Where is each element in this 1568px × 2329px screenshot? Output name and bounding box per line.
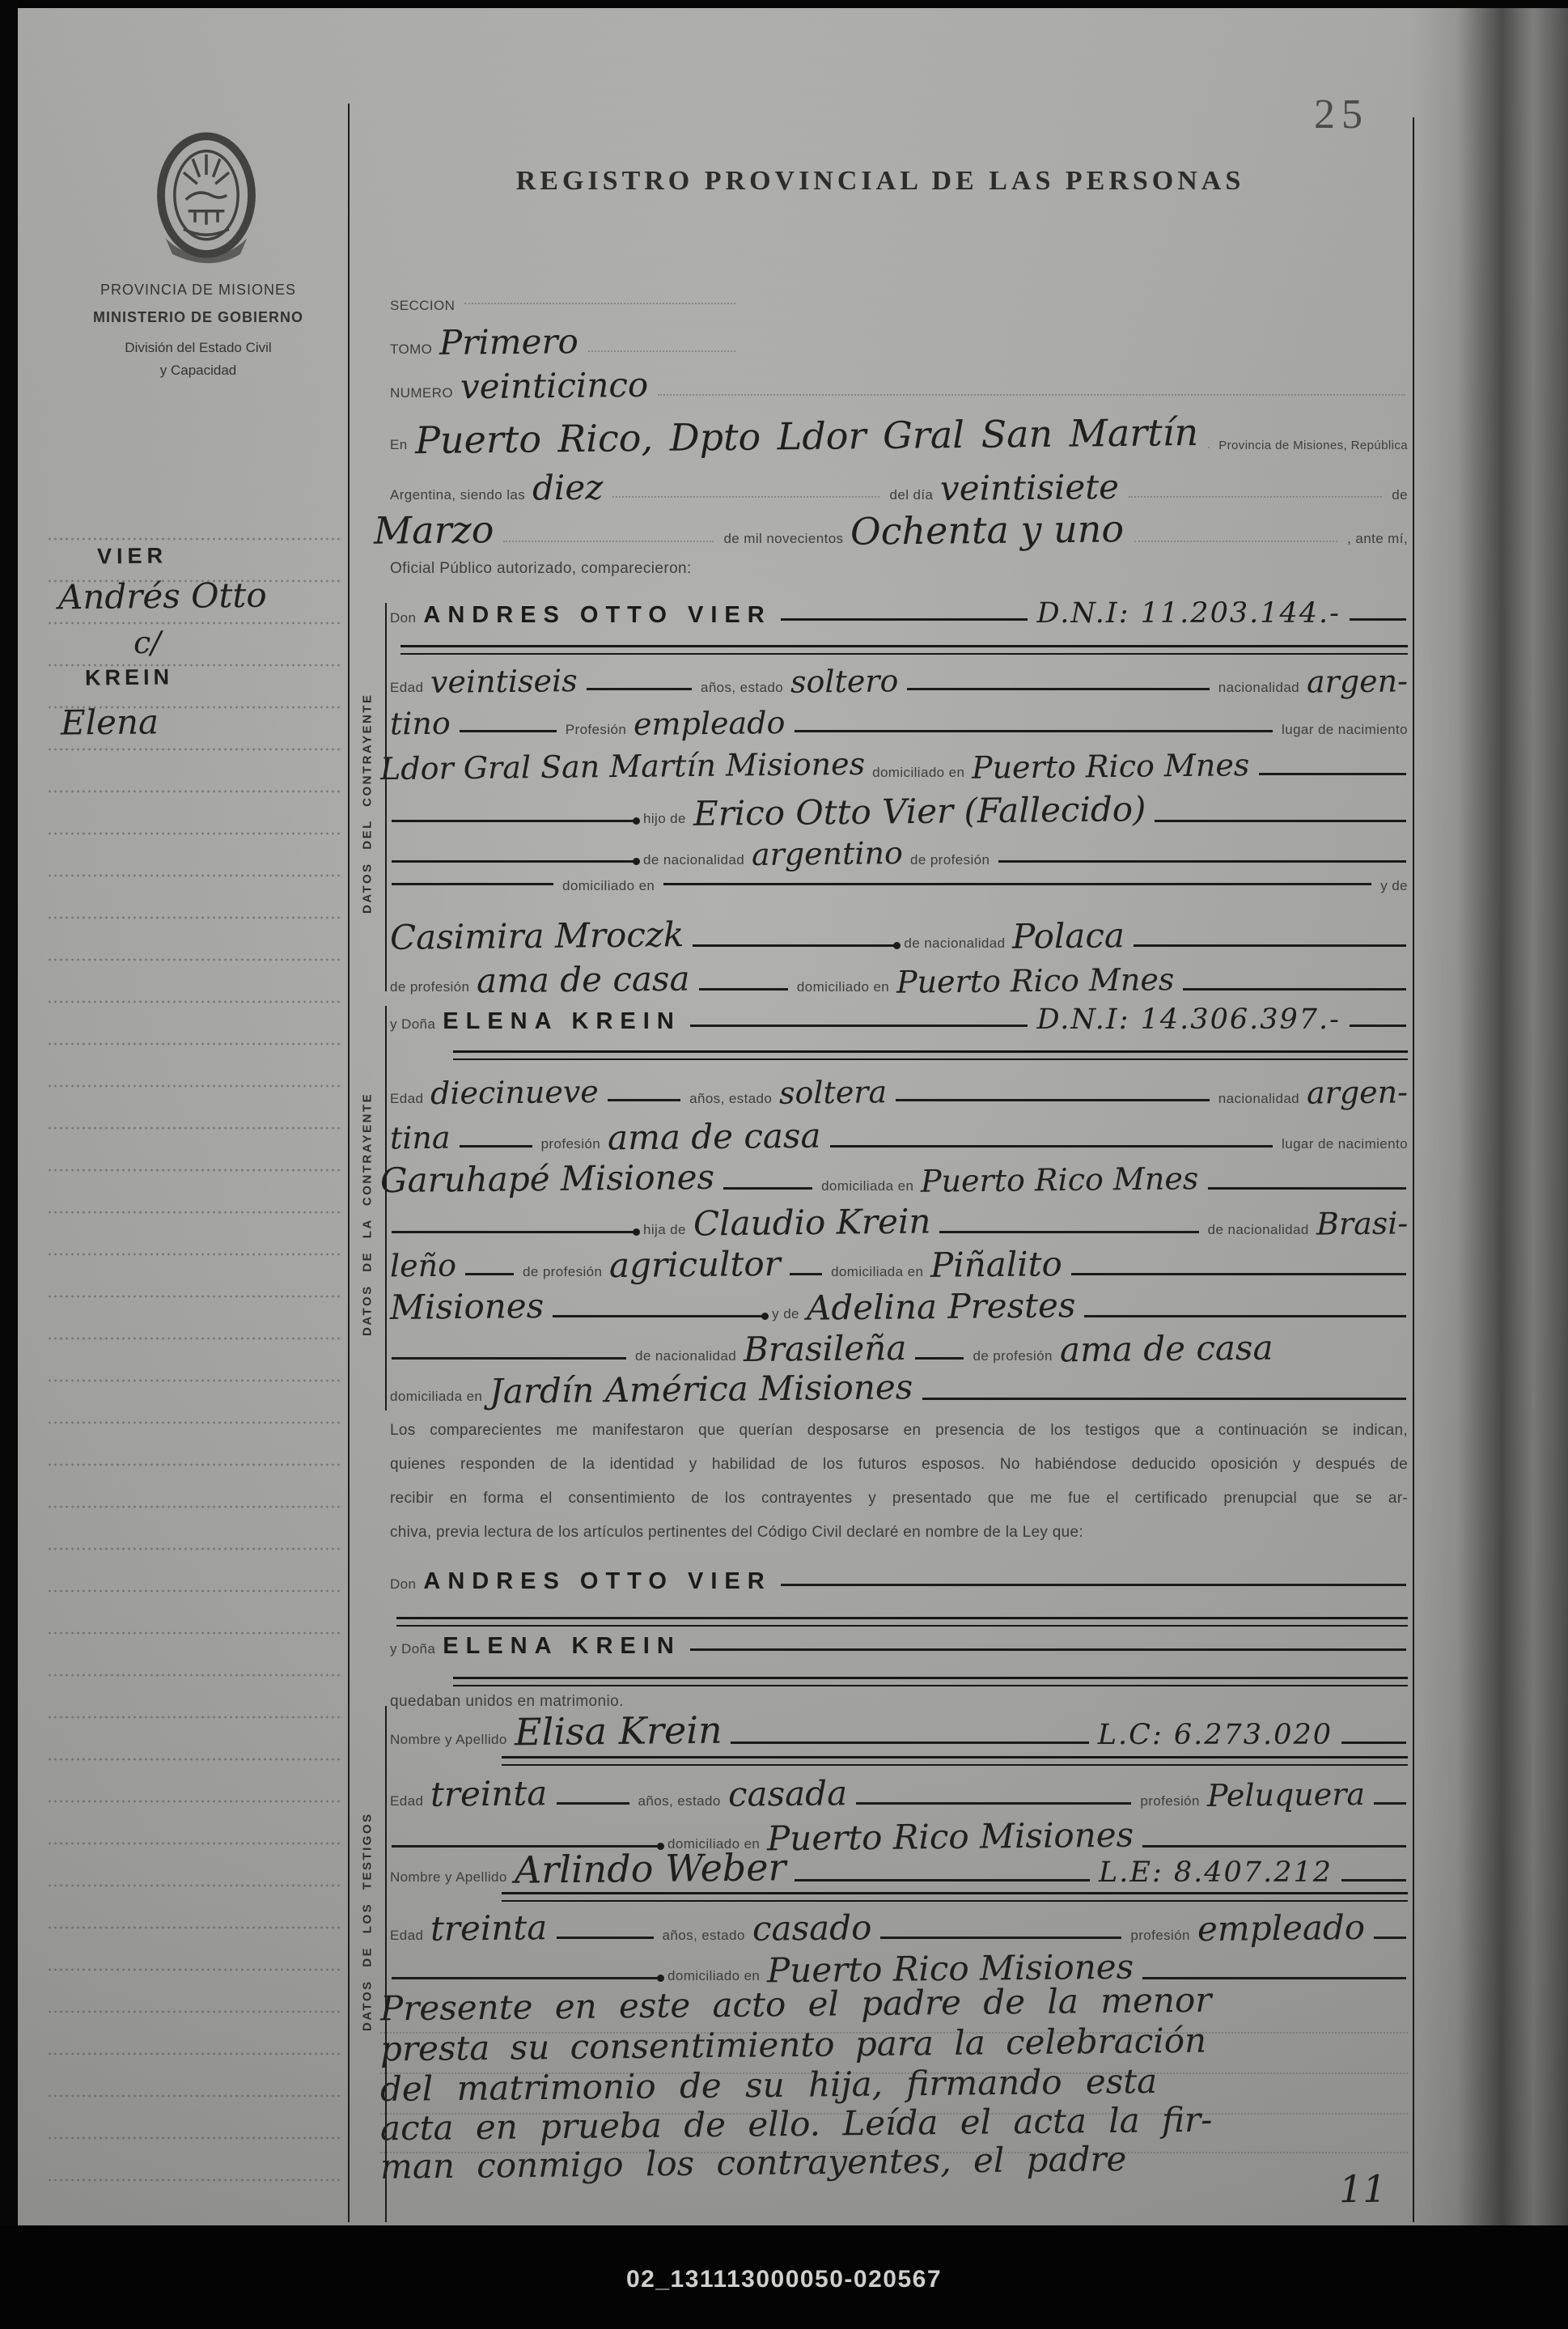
bride-section-line bbox=[385, 1006, 387, 1411]
scanned-marriage-record: 25 REGISTRO PROVINCIAL DE LAS PERSONAS P… bbox=[0, 0, 1568, 2329]
groom-estado: soltero bbox=[790, 663, 899, 699]
groom-name: ANDRES OTTO VIER bbox=[423, 602, 771, 629]
ink-line bbox=[896, 1099, 1209, 1101]
case-groom-surname: VIER bbox=[97, 544, 167, 570]
groom-madre-nac: Polaca bbox=[1012, 915, 1125, 956]
seccion-row: SECCION bbox=[390, 298, 738, 314]
groom-madre-dom: Puerto Rico Mnes bbox=[896, 961, 1175, 1000]
groom-madre: Casimira Mroczk bbox=[390, 914, 684, 957]
ink-line bbox=[1259, 773, 1406, 775]
tomo-label: TOMO bbox=[390, 342, 432, 358]
edad-label: Edad bbox=[390, 1928, 423, 1944]
bride-madre: Adelina Prestes bbox=[807, 1285, 1076, 1327]
witness1-prof: Peluquera bbox=[1207, 1776, 1366, 1814]
dotted-fill-line bbox=[612, 496, 879, 498]
oficial-row: Oficial Público autorizado, compareciero… bbox=[390, 560, 1408, 578]
edad-label: Edad bbox=[390, 1091, 423, 1107]
dotted-fill-line bbox=[1208, 447, 1210, 448]
groom-father-nationality-row: de nacionalidad argentino de profesión bbox=[390, 836, 1408, 872]
witness2-age-row: Edad treinta años, estado casado profesi… bbox=[390, 1908, 1408, 1948]
domicilio-label: domiciliado en bbox=[872, 765, 964, 781]
ink-line bbox=[1071, 1273, 1406, 1275]
bride-name-row: y Doña ELENA KREIN D.N.I: 14.306.397.- bbox=[390, 1003, 1408, 1036]
ink-line bbox=[693, 944, 895, 947]
witness2-dom-row: domiciliado en Puerto Rico Misiones bbox=[390, 1949, 1408, 1988]
bride-section-label: DATOS DE LA CONTRAYENTE bbox=[350, 1040, 384, 1388]
ink-line bbox=[587, 688, 692, 690]
bride-profession-row: tina profesión ama de casa lugar de naci… bbox=[390, 1117, 1408, 1156]
dotted-fill-line bbox=[1134, 541, 1338, 542]
edad-label: Edad bbox=[390, 680, 423, 696]
ink-line bbox=[663, 883, 1371, 885]
witness2-name-row: Nombre y Apellido Arlindo Weber L.E: 8.4… bbox=[390, 1847, 1408, 1890]
groom-mother-prof-row: de profesión ama de casa domiciliado en … bbox=[390, 960, 1408, 999]
de-label: de bbox=[1392, 487, 1408, 503]
page-title: REGISTRO PROVINCIAL DE LAS PERSONAS bbox=[348, 166, 1413, 197]
numero-value: veinticinco bbox=[460, 365, 649, 406]
ink-line bbox=[392, 1231, 634, 1233]
bride-padre-nac-a: Brasi- bbox=[1316, 1205, 1409, 1241]
mes-value: Marzo bbox=[374, 507, 494, 553]
lugar-label: lugar de nacimiento bbox=[1282, 722, 1408, 738]
padre-prof-label: de profesión bbox=[910, 852, 990, 868]
witness2-doc: L.E: 8.407.212 bbox=[1099, 1856, 1333, 1889]
en-label: En bbox=[390, 437, 408, 453]
ink-line bbox=[465, 1273, 514, 1275]
case-bride-surname: KREIN bbox=[85, 664, 173, 690]
ink-line bbox=[1142, 1977, 1406, 1979]
microfilm-caption: 02_131113000050-020567 bbox=[0, 2266, 1568, 2293]
nombre-apellido-label: Nombre y Apellido bbox=[390, 1732, 507, 1748]
groom-nacionalidad-b: tino bbox=[390, 706, 451, 742]
estado-label: años, estado bbox=[638, 1793, 721, 1809]
bride-name: ELENA KREIN bbox=[443, 1008, 681, 1035]
declaration-text: quienes responden de la identidad y habi… bbox=[390, 1457, 1408, 1472]
ink-line bbox=[1341, 1879, 1406, 1881]
padre-dom-label: domiciliada en bbox=[831, 1264, 923, 1280]
photo-top-edge bbox=[0, 0, 1568, 8]
hijo-de-label: hijo de bbox=[643, 811, 686, 827]
numero-row: NUMERO veinticinco bbox=[390, 366, 1408, 405]
dia-value: veintisiete bbox=[940, 467, 1119, 508]
bride-padre-dom: Piñalito bbox=[930, 1244, 1062, 1285]
bride-domicilio: Puerto Rico Mnes bbox=[921, 1160, 1199, 1199]
ink-line bbox=[1350, 618, 1406, 621]
padre-prof-label: de profesión bbox=[523, 1264, 602, 1280]
groom-lugar: Ldor Gral San Martín Misiones bbox=[380, 746, 866, 787]
estado-label: años, estado bbox=[689, 1091, 772, 1107]
provincia-label: Provincia de Misiones, República bbox=[1218, 439, 1408, 452]
ink-line bbox=[1084, 1315, 1406, 1317]
bride-father-prof-row: leño de profesión agricultor domiciliada… bbox=[390, 1245, 1408, 1284]
ink-line bbox=[392, 860, 634, 863]
ink-line bbox=[690, 1025, 1028, 1027]
groom-mother-intro-row: domiciliado en y de bbox=[390, 878, 1408, 894]
ink-line bbox=[557, 1802, 629, 1805]
del-dia-label: del día bbox=[889, 487, 933, 503]
nacionalidad-label: nacionalidad bbox=[1218, 1091, 1299, 1107]
edad-label: Edad bbox=[390, 1793, 423, 1809]
declared-groom-row: Don ANDRES OTTO VIER bbox=[390, 1568, 1408, 1595]
lugar-label: lugar de nacimiento bbox=[1282, 1136, 1408, 1152]
bride-father-row: hija de Claudio Krein de nacionalidad Br… bbox=[390, 1203, 1408, 1242]
bride-profesion: ama de casa bbox=[608, 1116, 821, 1158]
ink-line bbox=[392, 883, 553, 885]
margin-mark: 11 bbox=[1339, 2167, 1387, 2212]
declaration-text: Los comparecientes me manifestaron que q… bbox=[390, 1423, 1408, 1438]
declaration-line1: Los comparecientes me manifestaron que q… bbox=[390, 1423, 1408, 1438]
ink-line bbox=[608, 1099, 680, 1101]
domiciliado-label: domiciliado en bbox=[667, 1968, 760, 1984]
witness1-edad: treinta bbox=[430, 1773, 548, 1814]
estado-label: años, estado bbox=[663, 1928, 745, 1944]
witness2-estado: casado bbox=[752, 1907, 871, 1949]
ink-line bbox=[690, 1648, 1406, 1651]
misiones-coat-of-arms bbox=[150, 129, 263, 271]
province-name: PROVINCIA DE MISIONES bbox=[57, 282, 340, 299]
bride-padre-nac-b: leño bbox=[390, 1248, 456, 1284]
hija-de-label: hija de bbox=[643, 1222, 686, 1238]
bride-dni: D.N.I: 14.306.397.- bbox=[1036, 1003, 1341, 1036]
estado-label: años, estado bbox=[701, 680, 783, 696]
witness1-age-row: Edad treinta años, estado casada profesi… bbox=[390, 1774, 1408, 1814]
ink-line bbox=[460, 730, 557, 732]
ink-line bbox=[731, 1741, 1088, 1744]
groom-profesion: empleado bbox=[634, 705, 786, 742]
ante-mi-label: , ante mí, bbox=[1347, 531, 1408, 547]
madre-dom-label: domiciliada en bbox=[390, 1389, 482, 1405]
book-gutter-shadow bbox=[1410, 8, 1568, 2225]
bride-age-row: Edad diecinueve años, estado soltera nac… bbox=[390, 1075, 1408, 1110]
ink-underline bbox=[502, 1892, 1408, 1902]
tomo-row: TOMO Primero bbox=[390, 322, 738, 362]
oficial-label: Oficial Público autorizado, compareciero… bbox=[390, 560, 692, 578]
month-year-row: Marzo de mil novecientos Ochenta y uno ,… bbox=[374, 508, 1408, 552]
witness-section-label: DATOS DE LOS TESTIGOS bbox=[350, 1801, 384, 2043]
groom-father-row: hijo de Erico Otto Vier (Fallecido) bbox=[390, 791, 1408, 831]
ink-line bbox=[699, 988, 788, 991]
padre-nac-label: de nacionalidad bbox=[1208, 1222, 1309, 1238]
tomo-value: Primero bbox=[439, 321, 578, 363]
bride-edad: diecinueve bbox=[430, 1074, 599, 1111]
bride-mother-dom-row: domiciliada en Jardín América Misiones bbox=[390, 1369, 1408, 1409]
ink-line bbox=[795, 730, 1273, 732]
margin-ruled-lines bbox=[47, 518, 340, 2201]
y-de-label: y de bbox=[1380, 878, 1408, 894]
madre-nac-label: de nacionalidad bbox=[904, 935, 1005, 952]
division-line2: y Capacidad bbox=[57, 363, 340, 379]
declared-groom-name: ANDRES OTTO VIER bbox=[423, 1568, 771, 1595]
groom-domicilio: Puerto Rico Mnes bbox=[972, 747, 1250, 786]
domicilio-label: domiciliada en bbox=[821, 1178, 913, 1194]
ink-line bbox=[1350, 1025, 1406, 1027]
ink-line bbox=[790, 1273, 822, 1275]
ink-line bbox=[998, 860, 1406, 863]
groom-dni: D.N.I: 11.203.144.- bbox=[1036, 597, 1341, 630]
bride-padre-dom2: Misiones bbox=[390, 1286, 545, 1327]
dotted-fill-line bbox=[1129, 496, 1382, 498]
don-label: Don bbox=[390, 1576, 416, 1593]
madre-nac-label: de nacionalidad bbox=[635, 1348, 736, 1364]
dotted-fill-line bbox=[588, 350, 735, 352]
novecientos-label: de mil novecientos bbox=[723, 531, 843, 547]
bride-padre-prof: agricultor bbox=[609, 1244, 781, 1285]
bride-mother-nat-row: de nacionalidad Brasileña de profesión a… bbox=[390, 1329, 1408, 1368]
ink-line bbox=[1155, 820, 1406, 822]
division-line1: División del Estado Civil bbox=[57, 340, 340, 356]
ink-line bbox=[880, 1937, 1121, 1939]
ink-line bbox=[1208, 1187, 1406, 1190]
declaration-line3: recibir en forma el consentimiento de lo… bbox=[390, 1491, 1408, 1506]
ink-underline bbox=[453, 1677, 1408, 1686]
madre-prof-label: de profesión bbox=[390, 979, 469, 995]
groom-edad: veintiseis bbox=[430, 663, 578, 700]
note-line5: man conmigo los contrayentes, el padre bbox=[380, 2143, 1408, 2183]
witness2-edad: treinta bbox=[430, 1907, 548, 1949]
numero-label: NUMERO bbox=[390, 385, 453, 401]
witness2-name: Arlindo Weber bbox=[514, 1845, 786, 1892]
groom-section-label: DATOS DEL CONTRAYENTE bbox=[350, 647, 384, 959]
groom-nacionalidad-a: argen- bbox=[1307, 663, 1408, 699]
ink-line bbox=[939, 1231, 1198, 1233]
ink-line bbox=[795, 1879, 1090, 1881]
argentina-label: Argentina, siendo las bbox=[390, 487, 525, 503]
ink-line bbox=[392, 1977, 659, 1979]
nombre-apellido-label: Nombre y Apellido bbox=[390, 1869, 507, 1886]
padre-dom-label: domiciliado en bbox=[562, 878, 655, 894]
ink-line bbox=[1374, 1802, 1406, 1805]
madre-prof-label: de profesión bbox=[973, 1348, 1052, 1364]
bride-estado: soltera bbox=[779, 1074, 888, 1110]
witness1-estado: casada bbox=[727, 1773, 847, 1814]
witness1-doc: L.C: 6.273.020 bbox=[1098, 1719, 1333, 1751]
dotted-fill-line bbox=[464, 303, 735, 304]
groom-profession-row: tino Profesión empleado lugar de nacimie… bbox=[390, 706, 1408, 741]
declared-bride-name: ELENA KREIN bbox=[443, 1633, 681, 1660]
bride-nacionalidad-b: tina bbox=[390, 1120, 451, 1156]
groom-padre: Erico Otto Vier (Fallecido) bbox=[693, 789, 1146, 834]
ink-line bbox=[781, 618, 1028, 621]
ink-line bbox=[915, 1357, 964, 1360]
case-groom-name: Andrés Otto bbox=[58, 575, 267, 617]
declaration-line4: chiva, previa lectura de los artículos p… bbox=[390, 1525, 1408, 1540]
don-label: Don bbox=[390, 610, 416, 626]
ink-line bbox=[392, 820, 634, 822]
hora-value: diez bbox=[532, 468, 604, 508]
ink-underline bbox=[396, 1617, 1408, 1627]
witness2-prof: empleado bbox=[1197, 1907, 1366, 1949]
witness1-name-row: Nombre y Apellido Elisa Krein L.C: 6.273… bbox=[390, 1709, 1408, 1753]
place-row: En Puerto Rico, Dpto Ldor Gral San Martí… bbox=[390, 414, 1408, 458]
page-number: 25 bbox=[1314, 91, 1369, 138]
anio-value: Ochenta y uno bbox=[850, 507, 1125, 554]
microfilm-bar: 02_131113000050-020567 bbox=[0, 2225, 1568, 2329]
witness1-name: Elisa Krein bbox=[514, 1708, 722, 1754]
dotted-fill-line bbox=[503, 541, 714, 542]
y-de-label: y de bbox=[772, 1306, 799, 1322]
bride-nacionalidad-a: argen- bbox=[1307, 1074, 1408, 1110]
ink-line bbox=[553, 1315, 763, 1317]
groom-madre-prof: ama de casa bbox=[477, 959, 690, 1001]
bride-birthplace-row: Garuhapé Misiones domiciliada en Puerto … bbox=[380, 1159, 1408, 1198]
ink-line bbox=[392, 1357, 626, 1360]
note-text: man conmigo los contrayentes, el padre bbox=[380, 2139, 1127, 2187]
groom-section-line bbox=[385, 603, 387, 991]
time-day-row: Argentina, siendo las diez del día veint… bbox=[390, 468, 1408, 507]
ink-line bbox=[856, 1802, 1132, 1805]
groom-age-row: Edad veintiseis años, estado soltero nac… bbox=[390, 664, 1408, 699]
declaration-text: recibir en forma el consentimiento de lo… bbox=[390, 1491, 1408, 1506]
bride-padre: Claudio Krein bbox=[693, 1201, 931, 1243]
ink-underline bbox=[453, 1050, 1408, 1060]
groom-padre-nac: argentino bbox=[752, 835, 903, 872]
ink-line bbox=[830, 1145, 1273, 1148]
ink-line bbox=[1374, 1937, 1406, 1939]
form-left-border bbox=[348, 104, 350, 2222]
ink-line bbox=[1134, 944, 1406, 947]
nacionalidad-label: nacionalidad bbox=[1218, 680, 1299, 696]
dona-label: y Doña bbox=[390, 1016, 435, 1033]
bride-madre-dom: Jardín América Misiones bbox=[489, 1367, 913, 1411]
ink-underline bbox=[400, 645, 1408, 655]
groom-birthplace-row: Ldor Gral San Martín Misiones domiciliad… bbox=[380, 749, 1408, 784]
ink-line bbox=[1183, 988, 1406, 991]
bride-lugar: Garuhapé Misiones bbox=[380, 1157, 715, 1200]
groom-mother-row: Casimira Mroczk de nacionalidad Polaca bbox=[390, 916, 1408, 956]
ink-line bbox=[1341, 1741, 1406, 1744]
declaration-text: chiva, previa lectura de los artículos p… bbox=[390, 1525, 1408, 1540]
ink-line bbox=[460, 1145, 532, 1148]
case-versus: c/ bbox=[133, 625, 162, 660]
ink-line bbox=[922, 1398, 1406, 1400]
case-bride-name: Elena bbox=[61, 702, 159, 742]
ink-line bbox=[781, 1584, 1406, 1586]
bride-madre-nac: Brasileña bbox=[744, 1328, 907, 1369]
photo-left-edge bbox=[0, 0, 18, 2329]
closing-row: quedaban unidos en matrimonio. bbox=[390, 1693, 1408, 1711]
dona-label: y Doña bbox=[390, 1641, 435, 1657]
place-value: Puerto Rico, Dpto Ldor Gral San Martín bbox=[414, 410, 1198, 462]
dotted-fill-line bbox=[658, 394, 1405, 396]
ministry-name: MINISTERIO DE GOBIERNO bbox=[57, 309, 340, 326]
ink-line bbox=[907, 688, 1209, 690]
declaration-line2: quienes responden de la identidad y habi… bbox=[390, 1457, 1408, 1472]
bride-madre-prof: ama de casa bbox=[1060, 1328, 1273, 1370]
ink-line bbox=[557, 1937, 654, 1939]
padre-nac-label: de nacionalidad bbox=[643, 852, 744, 868]
groom-name-row: Don ANDRES OTTO VIER D.N.I: 11.203.144.- bbox=[390, 597, 1408, 630]
ink-line bbox=[723, 1187, 812, 1190]
profesion-label: profesión bbox=[1140, 1793, 1200, 1809]
seccion-label: SECCION bbox=[390, 298, 455, 314]
closing-text: quedaban unidos en matrimonio. bbox=[390, 1693, 624, 1711]
form-right-border bbox=[1413, 117, 1414, 2222]
madre-dom-label: domiciliado en bbox=[797, 979, 889, 995]
bride-mother-row: Misiones y de Adelina Prestes bbox=[390, 1287, 1408, 1326]
ink-underline bbox=[502, 1756, 1408, 1766]
profesion-label: profesión bbox=[541, 1136, 601, 1152]
profesion-label: profesión bbox=[1130, 1928, 1190, 1944]
declared-bride-row: y Doña ELENA KREIN bbox=[390, 1633, 1408, 1660]
profesion-label: Profesión bbox=[566, 722, 626, 738]
